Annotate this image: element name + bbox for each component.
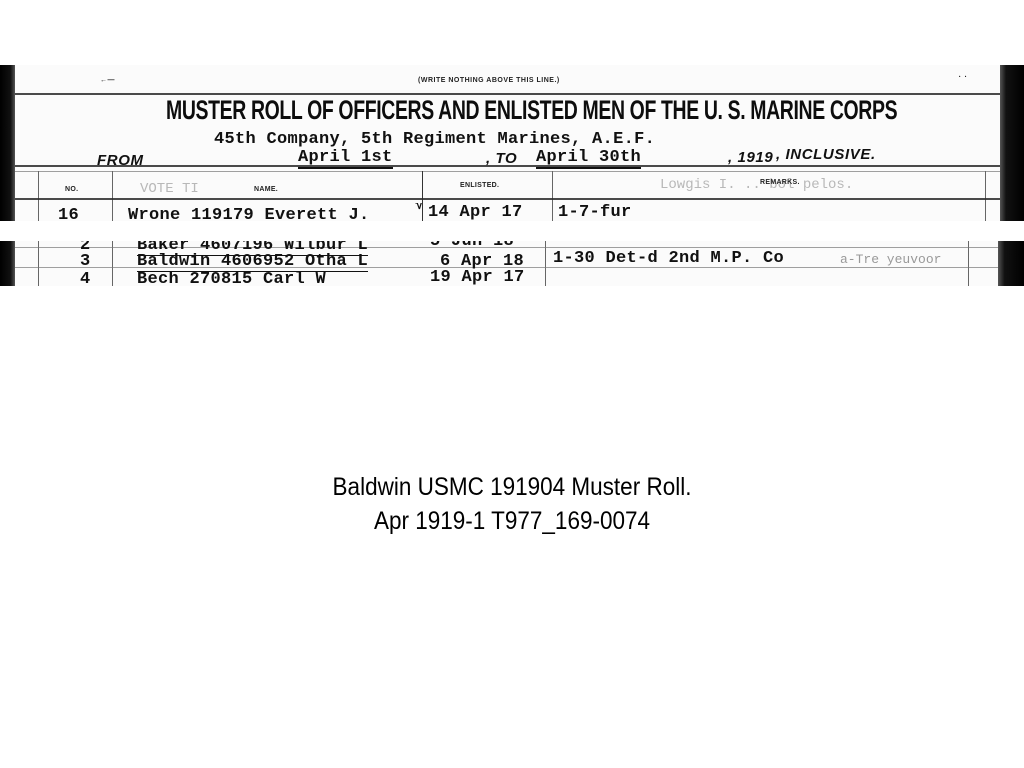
column-header-name: NAME. bbox=[254, 186, 278, 193]
row-enlisted: 14 Apr 17 bbox=[428, 203, 523, 221]
row-remarks: 1-30 Det-d 2nd M.P. Co bbox=[553, 249, 784, 268]
table-row: 3 Baldwin 4606952 Otha L 6 Apr 18 1-30 D… bbox=[0, 252, 1000, 272]
unit-line: 45th Company, 5th Regiment Marines, A.E.… bbox=[214, 130, 655, 149]
inclusive-label: , INCLUSIVE. bbox=[776, 146, 876, 163]
rule-under-dates-2 bbox=[15, 171, 1000, 172]
row-name: Bech 270815 Carl W bbox=[137, 270, 326, 286]
column-header-enlisted: ENLISTED. bbox=[460, 182, 499, 189]
row-no: 16 bbox=[58, 206, 79, 221]
row-enlisted: 5 Jun 18 bbox=[430, 241, 514, 251]
scan-edge-right bbox=[1000, 65, 1024, 221]
row-name: Wrone 119179 Everett J. bbox=[128, 206, 370, 221]
row-name: Baldwin 4606952 Otha L bbox=[137, 252, 368, 272]
year: , 1919 bbox=[728, 149, 773, 166]
bleed-through-text: VOTE TI bbox=[140, 181, 199, 197]
document-scan-rows-strip: 2 Baker 4607196 Wilbur L 5 Jun 18 3 Bald… bbox=[0, 241, 1024, 286]
row-no: 3 bbox=[80, 252, 91, 271]
row-no: 4 bbox=[80, 270, 91, 286]
scan-edge-left bbox=[0, 65, 15, 221]
bleed-through-text: Lowgis I. .. bol pelos. bbox=[660, 177, 853, 193]
caption-line-2: Apr 1919-1 T977_169-0074 bbox=[51, 504, 973, 538]
document-title: MUSTER ROLL OF OFFICERS AND ENLISTED MEN… bbox=[166, 95, 897, 126]
column-header-no: NO. bbox=[65, 186, 78, 193]
row-remarks: 1-7-fur bbox=[558, 203, 632, 221]
table-row: 4 Bech 270815 Carl W 19 Apr 17 bbox=[0, 270, 1000, 286]
rule-under-dates bbox=[15, 165, 1000, 167]
row-enlisted: 19 Apr 17 bbox=[430, 270, 525, 286]
arrow-mark: ←— bbox=[100, 77, 115, 84]
scan-edge-right bbox=[998, 241, 1024, 286]
row-enlisted: 6 Apr 18 bbox=[440, 252, 524, 271]
column-header-remarks: REMARKS. bbox=[760, 179, 800, 186]
speck-marks: · · bbox=[958, 72, 967, 83]
rule-under-headers bbox=[15, 198, 1000, 200]
bleed-through-text: a-Tre yeuvoor bbox=[840, 252, 941, 267]
table-row: 16 Wrone 119179 Everett J. √ 14 Apr 17 1… bbox=[0, 203, 1000, 221]
document-scan-header-strip: ←— (WRITE NOTHING ABOVE THIS LINE.) · · … bbox=[0, 65, 1024, 221]
header-note: (WRITE NOTHING ABOVE THIS LINE.) bbox=[418, 77, 560, 84]
caption-line-1: Baldwin USMC 191904 Muster Roll. bbox=[51, 470, 973, 504]
